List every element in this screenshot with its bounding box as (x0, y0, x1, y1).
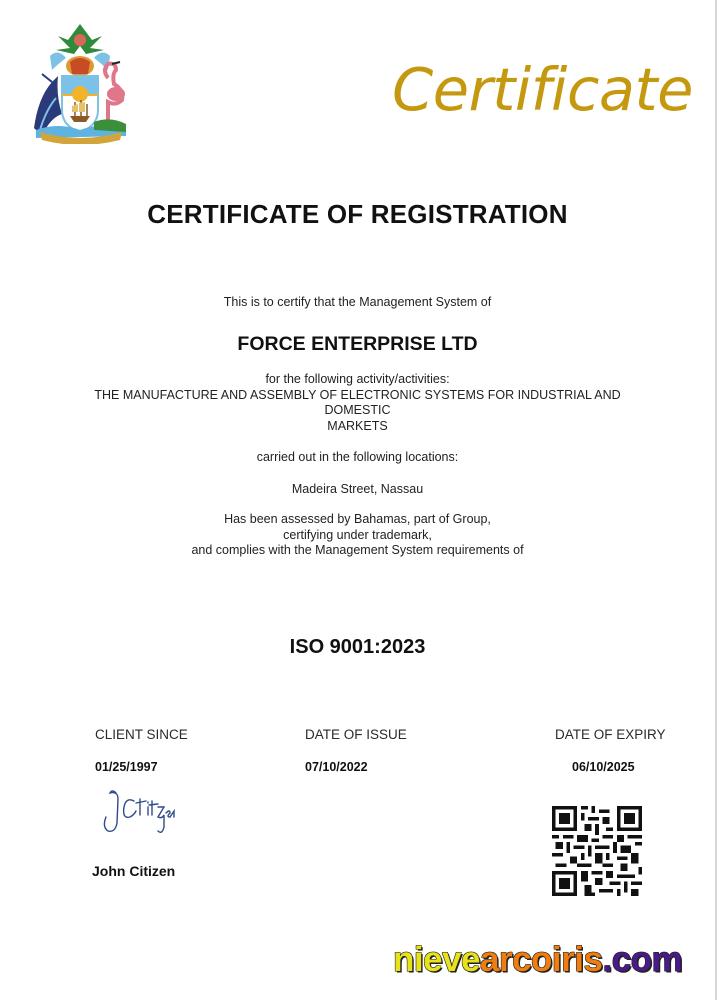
date-of-issue-value: 07/10/2022 (305, 760, 368, 774)
iso-standard: ISO 9001:2023 (0, 636, 715, 659)
signature-image (98, 785, 178, 840)
activity-line: MARKETS (0, 419, 715, 435)
qr-code-icon[interactable] (552, 806, 642, 896)
client-since-value: 01/25/1997 (95, 760, 158, 774)
signer-name: John Citizen (92, 863, 175, 879)
certificate-brand-title: Certificate (392, 60, 693, 119)
assessment-line: and complies with the Management System … (0, 543, 715, 559)
date-of-expiry-label: DATE OF EXPIRY (555, 727, 666, 742)
client-since-label: CLIENT SINCE (95, 727, 188, 742)
locations-label: carried out in the following locations: (0, 450, 715, 466)
assessment-statement: Has been assessed by Bahamas, part of Gr… (0, 512, 715, 559)
date-of-expiry-value: 06/10/2025 (572, 760, 635, 774)
watermark-part-1: nieve (393, 940, 480, 979)
coat-of-arms-emblem (28, 18, 132, 144)
activity-line: THE MANUFACTURE AND ASSEMBLY OF ELECTRON… (0, 388, 715, 404)
activity-block: for the following activity/activities: T… (0, 372, 715, 434)
certificate-page: Certificate CERTIFICATE OF REGISTRATION … (0, 0, 717, 1000)
date-of-issue-label: DATE OF ISSUE (305, 727, 407, 742)
watermark-logo: nievearcoiris.com (393, 942, 682, 977)
activity-intro: for the following activity/activities: (0, 372, 715, 388)
watermark-part-2: arcoiris (480, 940, 602, 979)
watermark-part-3: .com (602, 940, 682, 979)
certify-statement: This is to certify that the Management S… (0, 295, 715, 311)
activity-line: DOMESTIC (0, 403, 715, 419)
location-address: Madeira Street, Nassau (0, 482, 715, 498)
company-name: FORCE ENTERPRISE LTD (0, 333, 715, 356)
assessment-line: Has been assessed by Bahamas, part of Gr… (0, 512, 715, 528)
certificate-main-title: CERTIFICATE OF REGISTRATION (0, 199, 715, 230)
assessment-line: certifying under trademark, (0, 528, 715, 544)
